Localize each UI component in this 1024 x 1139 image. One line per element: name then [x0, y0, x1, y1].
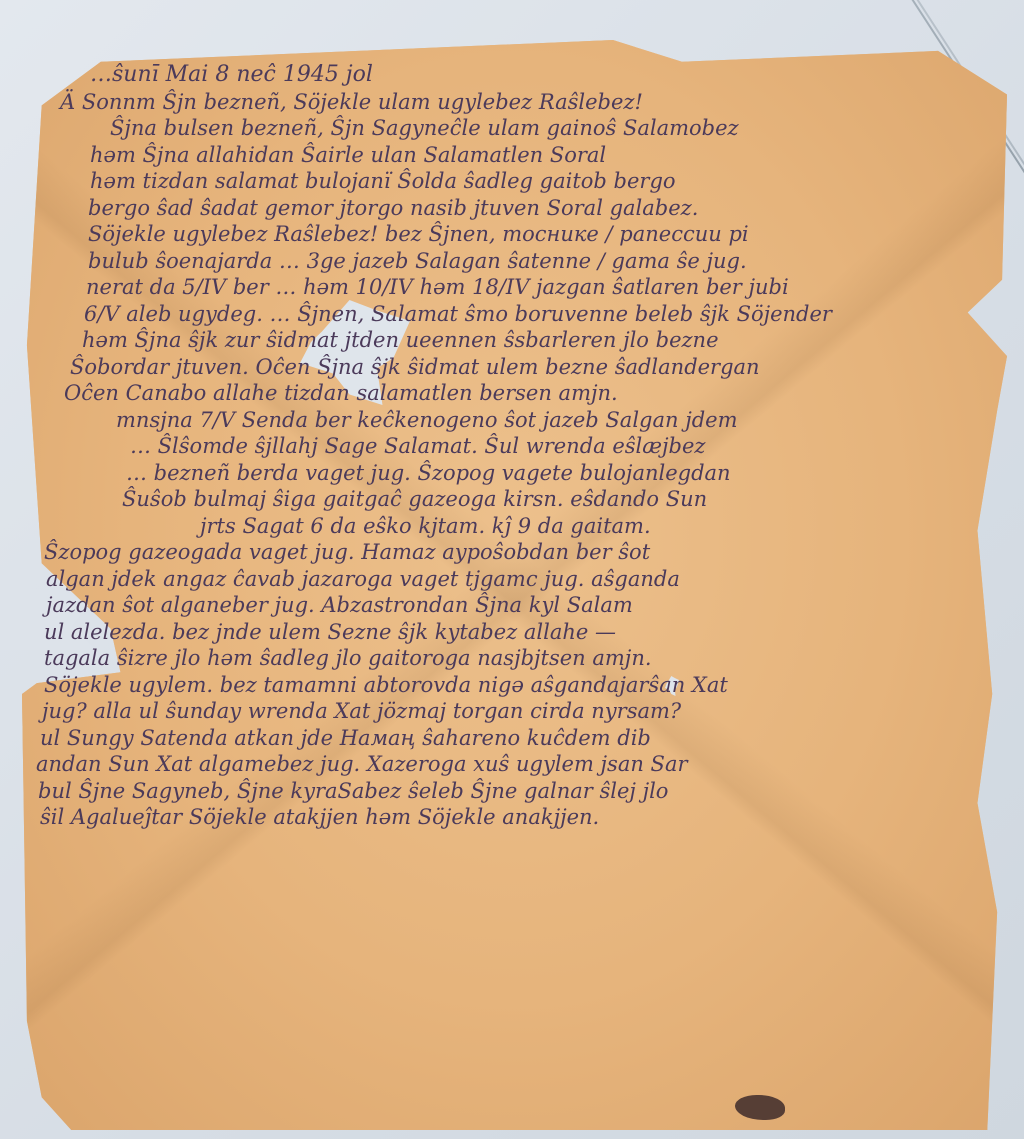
letter-line: ul Sungy Satenda atkan jde Намаң ŝaharen… [40, 725, 980, 752]
letter-line: Ŝjna bulsen bezneñ, Ŝjn Sagyneĉle ulam g… [110, 115, 1024, 142]
letter-line: algan jdek angaz ĉavab jazaroga vaget tj… [46, 566, 986, 593]
letter-line: … bezneñ berda vaget jug. Ŝzopog vagete … [126, 460, 1024, 487]
letter-line: bergo ŝad ŝadat gemor jtorgo nasib jtuve… [88, 195, 1024, 222]
letter-line: … Ŝlŝomde ŝjllahj Sage Salamat. Ŝul wren… [130, 433, 1024, 460]
letter-line: andan Sun Xat algamebez jug. Xazeroga xu… [36, 751, 976, 778]
letter-line: Sӧjekle ugylem. bez tamamnі abtorovda ni… [44, 672, 984, 699]
letter-line: Ä Sonnm Ŝjn bezneñ, Sӧjekle ulam ugylebe… [60, 89, 1000, 116]
letter-line: hәm tizdan salamat bulojanї Ŝolda ŝadleg… [90, 168, 1024, 195]
letter-line: hәm Ŝjna allahidan Ŝairle ulan Salamatle… [90, 142, 1024, 169]
letter-line: Oĉen Canabo allahe tizdan salamatlen ber… [64, 380, 1004, 407]
letter-line: ul alelezda. bez jnde ulem Sezne ŝjk kyt… [44, 619, 984, 646]
letter-line: Ŝuŝob bulmaj ŝiga gaitgaĉ gazeoga kirsn.… [122, 486, 1024, 513]
letter-line: bul Ŝjne Sagyneb, Ŝjne kyraSabez ŝeleb Ŝ… [38, 778, 978, 805]
letter-line: bulub ŝoеnajarda … 3ge jazeb Salagan ŝat… [88, 248, 1024, 275]
letter-line: jug? alla ul ŝunday wrenda Xat jӧzmaj to… [42, 698, 982, 725]
letter-line: nerat da 5/IV ber … hәm 10/IV hәm 18/IV … [86, 274, 1024, 301]
letter-line: 6/V aleb ugydeg. … Ŝjnen, Salamat ŝmo bo… [84, 301, 1024, 328]
handwritten-letter: …ŝunī Mai 8 neĉ 1945 jol Ä Sonnm Ŝjn bez… [60, 62, 1000, 831]
letter-line: Ŝobordar jtuven. Oĉen Ŝjna ŝjk ŝidmat ul… [70, 354, 1010, 381]
letter-line: Sӧjekle ugylebez Raŝlebez! bez Ŝjnen, mо… [88, 221, 1024, 248]
letter-line: tagala ŝizre jlo hәm ŝadleg jlo gaitorog… [44, 645, 984, 672]
letter-line: hәm Ŝjna ŝjk zur ŝidmat jtden ueennen ŝs… [82, 327, 1022, 354]
letter-line: jrts Sagat 6 da eŝko kjtam. kĵ 9 da gait… [200, 513, 1024, 540]
letter-line: ŝil Agalueĵtar Sӧjekle atakjjen hәm Sӧje… [40, 804, 980, 831]
date-line: …ŝunī Mai 8 neĉ 1945 jol [90, 62, 1024, 89]
letter-line: Ŝzopog gazeogada vaget jug. Hamaz aypoŝo… [44, 539, 984, 566]
letter-line: jazdan ŝot alganeber jug. Abzastrondan Ŝ… [46, 592, 986, 619]
letter-line: mnsjna 7/V Senda ber keĉkenogeno ŝot jaz… [116, 407, 1024, 434]
